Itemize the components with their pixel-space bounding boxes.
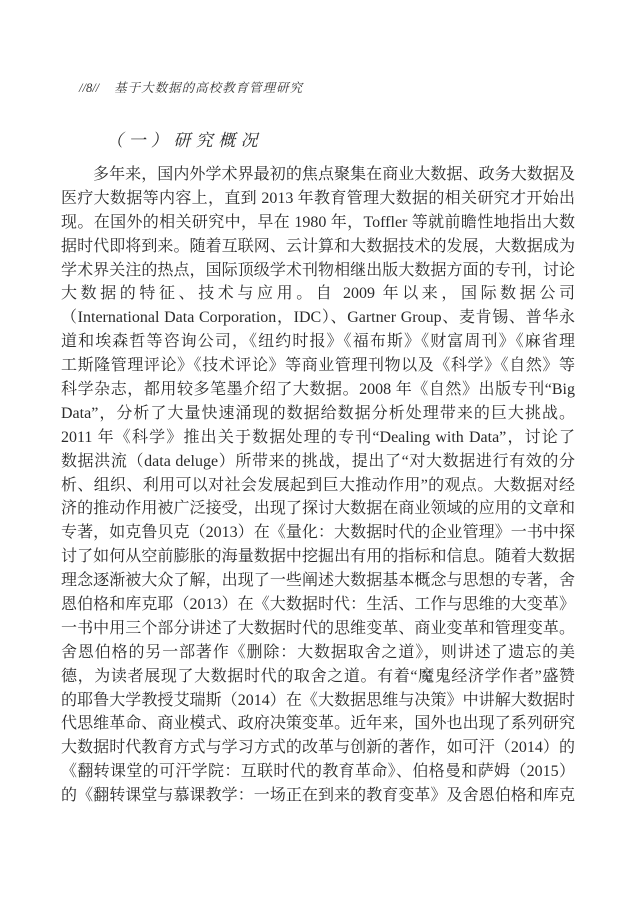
paragraph-line: 大数据时代教育方式与学习方式的改革与创新的著作，如可汗（2014）的 xyxy=(61,736,575,760)
paragraph-line: 2011 年《科学》推出关于数据处理的专刊“Dealing with Data”… xyxy=(61,426,575,450)
paragraph-line: 现。在国外的相关研究中，早在 1980 年，Toffler 等就前瞻性地指出大数 xyxy=(61,211,575,235)
paragraph-line: 医疗大数据等内容上，直到 2013 年教育管理大数据的相关研究才开始出 xyxy=(61,187,575,211)
paragraph-line: 道和埃森哲等咨询公司，《纽约时报》《福布斯》《财富周刊》《麻省理 xyxy=(61,330,575,354)
paragraph-line: 讨了如何从空前膨胀的海量数据中挖掘出有用的指标和信息。随着大数据 xyxy=(61,545,575,569)
paragraph-line: 舍恩伯格的另一部著作《删除：大数据取舍之道》，则讲述了遗忘的美 xyxy=(61,641,575,665)
paragraph-line: 数据洪流（data deluge）所带来的挑战，提出了“对大数据进行有效的分 xyxy=(61,450,575,474)
paragraph-line: 恩伯格和库克耶（2013）在《大数据时代：生活、工作与思维的大变革》 xyxy=(61,593,575,617)
paragraph-line: 的耶鲁大学教授艾瑞斯（2014）在《大数据思维与决策》中讲解大数据时 xyxy=(61,689,575,713)
paragraph-line: 一书中用三个部分讲述了大数据时代的思维变革、商业变革和管理变革。 xyxy=(61,617,575,641)
paragraph-line: 理念逐渐被大众了解，出现了一些阐述大数据基本概念与思想的专著，舍 xyxy=(61,569,575,593)
paragraph-line: 工斯隆管理评论》《技术评论》等商业管理刊物以及《科学》《自然》等 xyxy=(61,354,575,378)
paragraph-line: 据时代即将到来。随着互联网、云计算和大数据技术的发展，大数据成为 xyxy=(61,235,575,259)
body-paragraph: 多年来，国内外学术界最初的焦点聚集在商业大数据、政务大数据及 医疗大数据等内容上… xyxy=(61,163,575,808)
running-title: 基于大数据的高校教育管理研究 xyxy=(114,81,303,95)
running-header: //8//基于大数据的高校教育管理研究 xyxy=(79,78,303,96)
paragraph-line: 学术界关注的热点，国际顶级学术刊物相继出版大数据方面的专刊，讨论 xyxy=(61,259,575,283)
paragraph-line: 德，为读者展现了大数据时代的取舍之道。有着“魔鬼经济学作者”盛赞 xyxy=(61,665,575,689)
paragraph-line: 代思维革命、商业模式、政府决策变革。近年来，国外也出现了系列研究 xyxy=(61,712,575,736)
paragraph-line: 的《翻转课堂与慕课教学：一场正在到来的教育变革》及舍恩伯格和库克 xyxy=(61,784,575,808)
paragraph-line: 析、组织、利用可以对社会发展起到巨大推动作用”的观点。大数据对经 xyxy=(61,474,575,498)
paragraph-line: 大数据的特征、技术与应用。自 2009 年以来，国际数据公司 xyxy=(61,282,575,306)
section-title: （一）研究概况 xyxy=(106,126,263,151)
paragraph-line: （International Data Corporation，IDC）、Gar… xyxy=(61,306,575,330)
paragraph-line: 《翻转课堂的可汗学院：互联时代的教育革命》、伯格曼和萨姆（2015） xyxy=(61,760,575,784)
paragraph-line: 多年来，国内外学术界最初的焦点聚集在商业大数据、政务大数据及 xyxy=(61,163,575,187)
document-page: //8//基于大数据的高校教育管理研究 （一）研究概况 多年来，国内外学术界最初… xyxy=(0,0,638,902)
page-number-marker: //8// xyxy=(79,81,99,95)
paragraph-line: 济的推动作用被广泛接受，出现了探讨大数据在商业领域的应用的文章和 xyxy=(61,497,575,521)
paragraph-line: Data”，分析了大量快速涌现的数据给数据分析处理带来的巨大挑战。 xyxy=(61,402,575,426)
paragraph-line: 专著，如克鲁贝克（2013）在《量化：大数据时代的企业管理》一书中探 xyxy=(61,521,575,545)
paragraph-line: 科学杂志，都用较多笔墨介绍了大数据。2008 年《自然》出版专刊“Big xyxy=(61,378,575,402)
